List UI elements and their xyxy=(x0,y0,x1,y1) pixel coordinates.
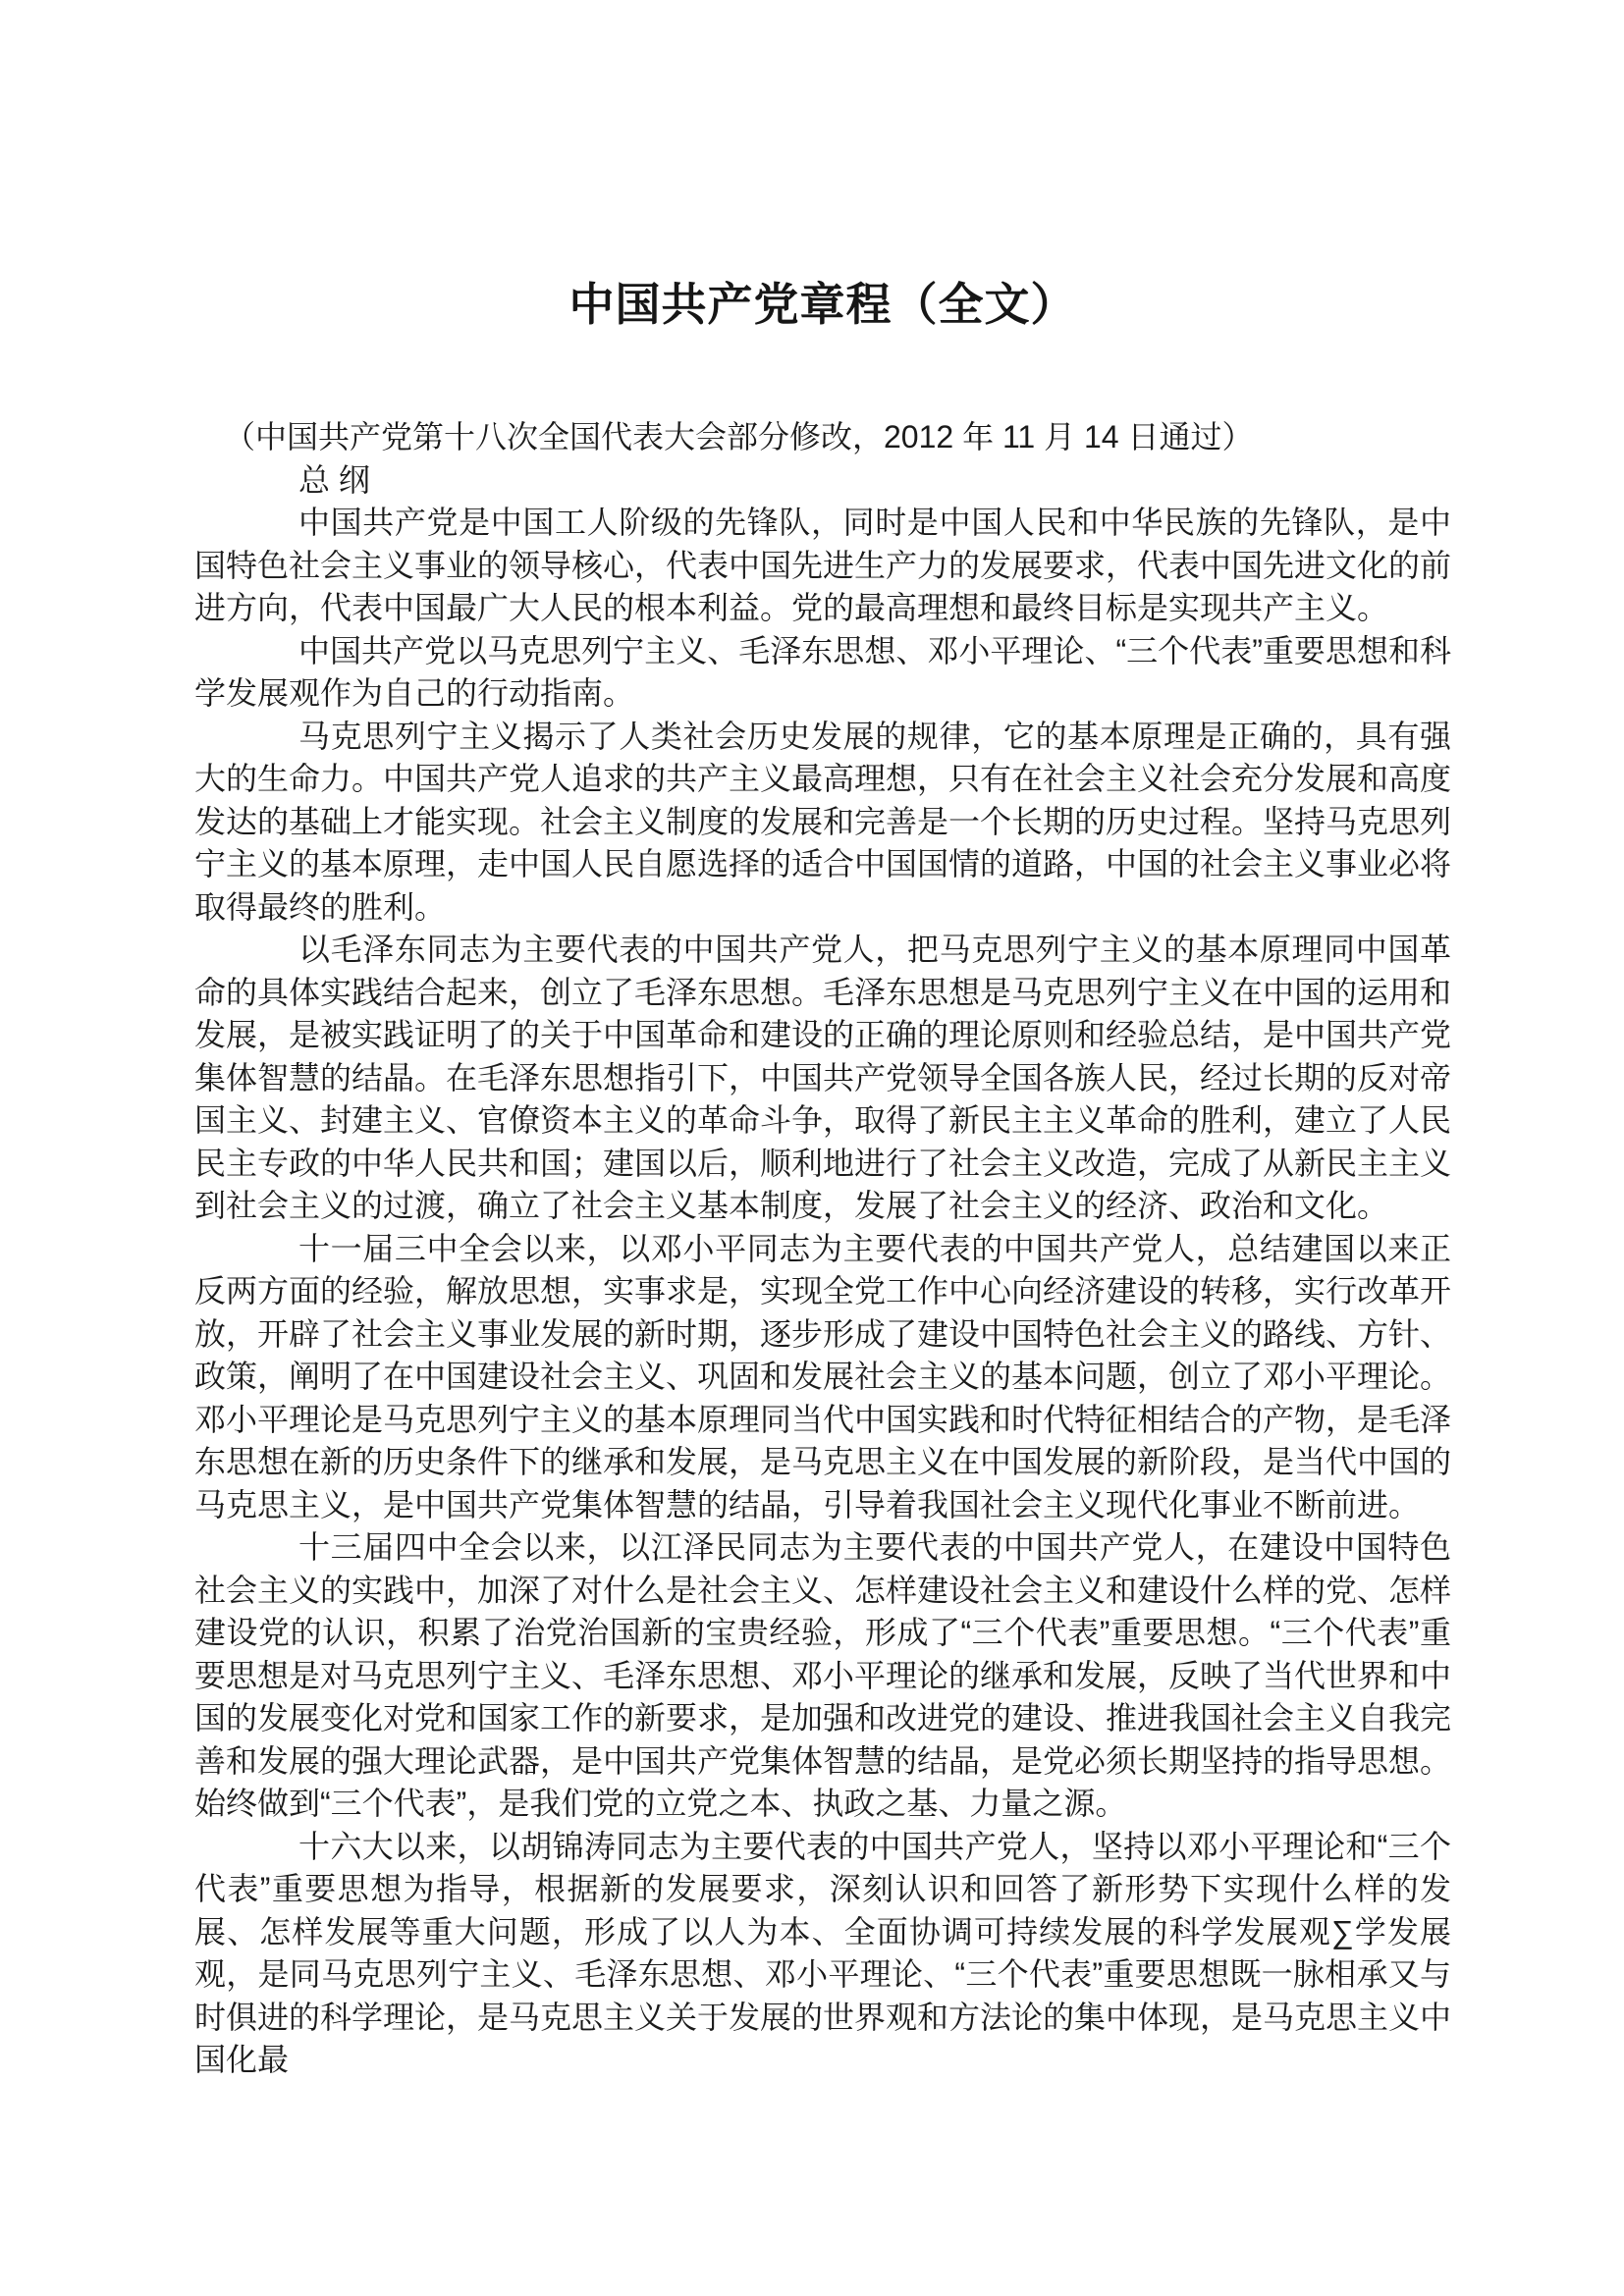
body-paragraph: 以毛泽东同志为主要代表的中国共产党人，把马克思列宁主义的基本原理同中国革命的具体… xyxy=(194,929,1451,1228)
body-paragraph: 十一届三中全会以来，以邓小平同志为主要代表的中国共产党人，总结建国以来正反两方面… xyxy=(194,1228,1451,1527)
body-paragraph: 马克思列宁主义揭示了人类社会历史发展的规律，它的基本原理是正确的，具有强大的生命… xyxy=(194,716,1451,930)
document-body: （中国共产党第十八次全国代表大会部分修改，2012 年 11 月 14 日通过）… xyxy=(194,416,1451,2082)
document-title: 中国共产党章程（全文） xyxy=(194,277,1451,332)
body-paragraph: 中国共产党以马克思列宁主义、毛泽东思想、邓小平理论、“三个代表”重要思想和科学发… xyxy=(194,630,1451,716)
section-heading: 总 纲 xyxy=(194,459,1451,503)
body-paragraph: 十六大以来，以胡锦涛同志为主要代表的中国共产党人，坚持以邓小平理论和“三个代表”… xyxy=(194,1826,1451,2082)
document-page: 中国共产党章程（全文） （中国共产党第十八次全国代表大会部分修改，2012 年 … xyxy=(0,0,1624,2296)
body-paragraph: 十三届四中全会以来，以江泽民同志为主要代表的中国共产党人，在建设中国特色社会主义… xyxy=(194,1526,1451,1826)
revision-note: （中国共产党第十八次全国代表大会部分修改，2012 年 11 月 14 日通过） xyxy=(194,416,1451,459)
body-paragraph: 中国共产党是中国工人阶级的先锋队，同时是中国人民和中华民族的先锋队，是中国特色社… xyxy=(194,502,1451,630)
